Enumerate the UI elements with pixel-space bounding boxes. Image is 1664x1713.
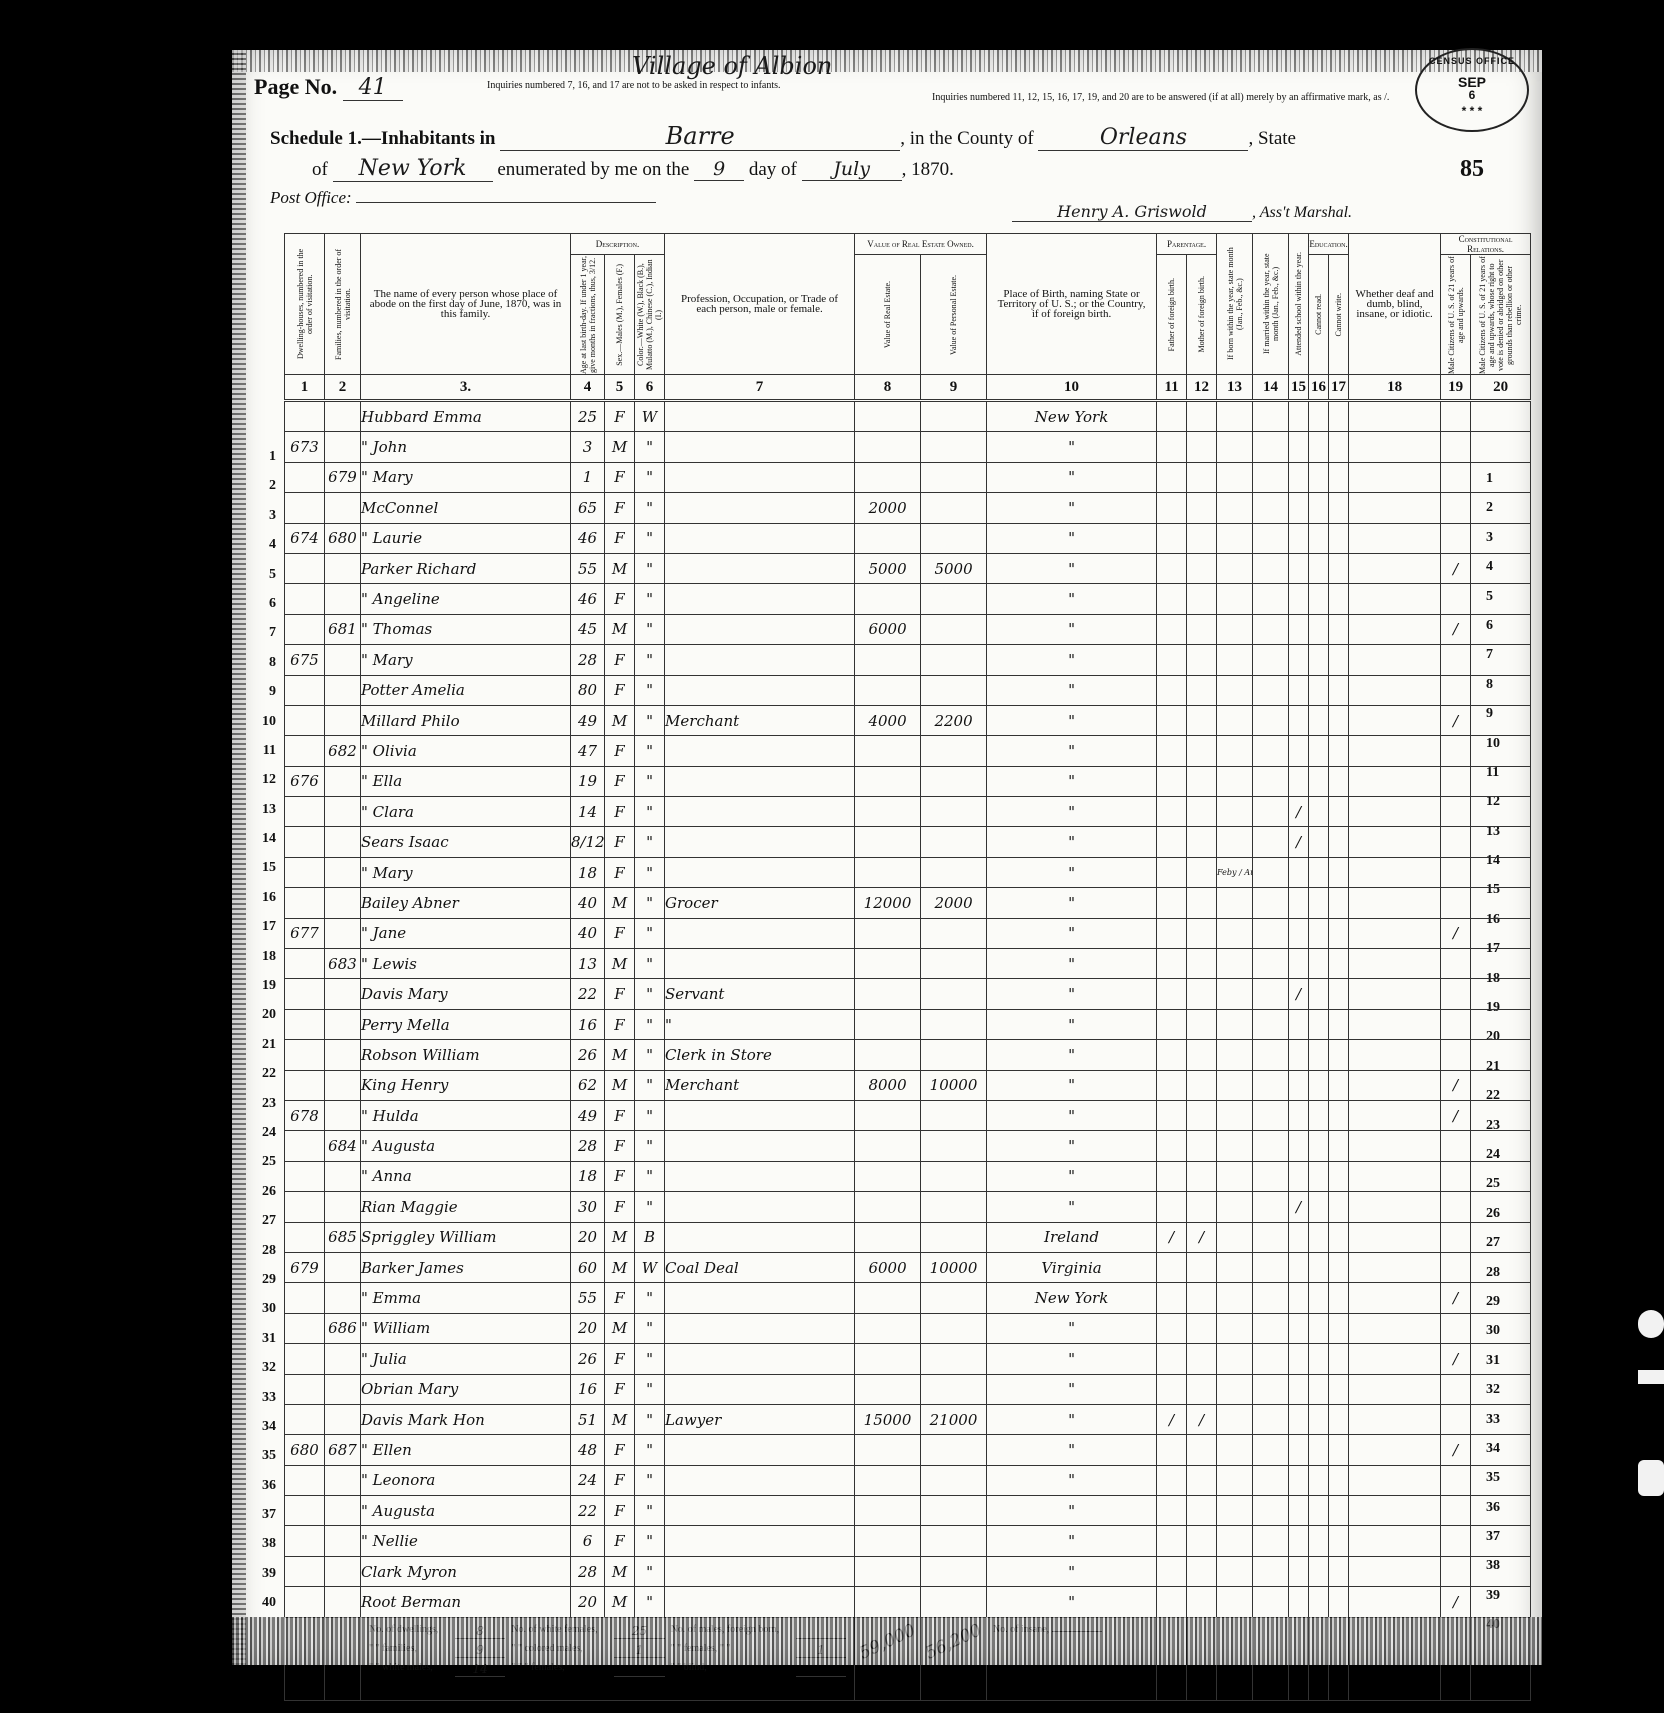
- cell-family: 679: [325, 462, 361, 492]
- cell-personal: [921, 1313, 987, 1343]
- cell-birthplace: ": [987, 493, 1157, 523]
- col-2-header: Families, numbered in the order of visit…: [325, 234, 361, 375]
- cell-occupation: ": [665, 1009, 855, 1039]
- line-number: 29: [232, 1265, 276, 1294]
- cell-name: " Jane: [361, 918, 571, 948]
- cell-empty: [1349, 432, 1441, 462]
- cell-real: [855, 797, 921, 827]
- cell-sex: F: [605, 493, 635, 523]
- cell-c11: [1157, 1587, 1187, 1617]
- cell-color: ": [635, 1040, 665, 1070]
- cell-empty: [1471, 1192, 1531, 1222]
- cell-empty: [1349, 1465, 1441, 1495]
- cell-empty: [1329, 827, 1349, 857]
- film-edge-mark: [1638, 1370, 1664, 1384]
- line-number: 18: [232, 942, 276, 971]
- cell-occupation: [665, 1587, 855, 1617]
- cell-personal: [921, 523, 987, 553]
- cell-personal: [921, 1283, 987, 1313]
- table-row: 677" Jane40F""/: [285, 918, 1531, 948]
- cell-empty: [1471, 1100, 1531, 1130]
- cell-dwelling: [285, 979, 325, 1009]
- cell-real: [855, 1100, 921, 1130]
- cell-empty: [1309, 1556, 1329, 1586]
- col-3-header: The name of every person whose place of …: [361, 234, 571, 375]
- cell-c19: [1441, 523, 1471, 553]
- cell-real: [855, 827, 921, 857]
- cell-occupation: [665, 493, 855, 523]
- cell-personal: [921, 736, 987, 766]
- table-row: McConnel65F"2000": [285, 493, 1531, 523]
- schedule-label: Schedule 1.—Inhabitants in: [270, 128, 495, 149]
- cell-birthplace: ": [987, 462, 1157, 492]
- col-7-header: Profession, Occupation, or Trade of each…: [665, 234, 855, 375]
- cell-empty: [1253, 1587, 1289, 1617]
- cell-birthplace: ": [987, 1131, 1157, 1161]
- cell-age: 6: [571, 1526, 605, 1556]
- cell-c12: [1187, 1040, 1217, 1070]
- cell-family: [325, 1344, 361, 1374]
- cell-c15: /: [1289, 1192, 1309, 1222]
- cell-real: [855, 1435, 921, 1465]
- cell-empty: [1329, 1100, 1349, 1130]
- cell-empty: [1349, 553, 1441, 583]
- cell-empty: [1471, 401, 1531, 432]
- cell-dwelling: [285, 1526, 325, 1556]
- cell-empty: [1253, 1192, 1289, 1222]
- day-value: 9: [694, 158, 744, 181]
- census-rows: Hubbard Emma25FWNew York673" John3M""679…: [285, 401, 1531, 1618]
- cell-empty: [1309, 401, 1329, 432]
- cell-c12: [1187, 1556, 1217, 1586]
- column-number-4: 4: [571, 375, 605, 401]
- cell-occupation: [665, 1131, 855, 1161]
- cell-empty: [1349, 827, 1441, 857]
- cell-family: [325, 705, 361, 735]
- cell-family: 683: [325, 949, 361, 979]
- cell-empty: [1329, 553, 1349, 583]
- cell-empty: [1309, 949, 1329, 979]
- cell-family: [325, 1556, 361, 1586]
- line-number: 35: [232, 1441, 276, 1470]
- cell-c11: [1157, 736, 1187, 766]
- cell-birthplace: ": [987, 645, 1157, 675]
- cell-age: 18: [571, 1161, 605, 1191]
- cell-empty: [1349, 401, 1441, 432]
- cell-birthplace: ": [987, 1192, 1157, 1222]
- cell-real: [855, 432, 921, 462]
- cell-c11: [1157, 432, 1187, 462]
- cell-empty: [1253, 1161, 1289, 1191]
- cell-color: ": [635, 1404, 665, 1434]
- cell-c12: [1187, 1465, 1217, 1495]
- cell-name: " Thomas: [361, 614, 571, 644]
- cell-family: 680: [325, 523, 361, 553]
- line-number: 2: [232, 471, 276, 500]
- cell-occupation: [665, 614, 855, 644]
- marshal-line: Henry A. Griswold, Ass't Marshal.: [1012, 202, 1352, 222]
- cell-c12: [1187, 857, 1217, 887]
- cell-c13: [1217, 827, 1253, 857]
- cell-sex: M: [605, 1252, 635, 1282]
- cell-age: 22: [571, 979, 605, 1009]
- cell-color: ": [635, 736, 665, 766]
- cell-empty: [1309, 1313, 1329, 1343]
- table-row: 679Barker James60MWCoal Deal600010000Vir…: [285, 1252, 1531, 1282]
- cell-empty: [1349, 705, 1441, 735]
- place-value: Barre: [500, 122, 900, 151]
- cell-dwelling: 680: [285, 1435, 325, 1465]
- cell-age: 3: [571, 432, 605, 462]
- cell-empty: [1471, 857, 1531, 887]
- cell-color: W: [635, 401, 665, 432]
- cell-real: 6000: [855, 614, 921, 644]
- table-row: " Emma55F"New York/: [285, 1283, 1531, 1313]
- cell-color: ": [635, 1587, 665, 1617]
- table-row: Davis Mark Hon51M"Lawyer1500021000"//: [285, 1404, 1531, 1434]
- cell-c12: /: [1187, 1404, 1217, 1434]
- cell-occupation: [665, 918, 855, 948]
- cell-c11: [1157, 705, 1187, 735]
- cell-empty: [1471, 1222, 1531, 1252]
- cell-name: Rian Maggie: [361, 1192, 571, 1222]
- scan-noise-top: [232, 50, 1542, 72]
- cell-birthplace: ": [987, 553, 1157, 583]
- cell-occupation: Servant: [665, 979, 855, 1009]
- cell-birthplace: ": [987, 432, 1157, 462]
- cell-color: ": [635, 1283, 665, 1313]
- cell-dwelling: [285, 1222, 325, 1252]
- cell-c11: [1157, 675, 1187, 705]
- cell-c15: [1289, 1283, 1309, 1313]
- line-number: 39: [232, 1559, 276, 1588]
- cell-birthplace: Ireland: [987, 1222, 1157, 1252]
- cell-empty: [1471, 1404, 1531, 1434]
- cell-dwelling: [285, 1496, 325, 1526]
- cell-dwelling: 677: [285, 918, 325, 948]
- cell-name: McConnel: [361, 493, 571, 523]
- cell-personal: [921, 918, 987, 948]
- cell-empty: [1309, 1496, 1329, 1526]
- cell-sex: M: [605, 1070, 635, 1100]
- enumeration-line: of New York enumerated by me on the 9 da…: [312, 156, 954, 182]
- cell-family: [325, 827, 361, 857]
- table-row: Parker Richard55M"50005000"/: [285, 553, 1531, 583]
- cell-birthplace: ": [987, 1465, 1157, 1495]
- cell-birthplace: ": [987, 1100, 1157, 1130]
- cell-family: [325, 401, 361, 432]
- cell-age: 60: [571, 1252, 605, 1282]
- cell-c12: [1187, 553, 1217, 583]
- cell-real: [855, 949, 921, 979]
- cell-empty: [1309, 645, 1329, 675]
- cell-empty: [1309, 857, 1329, 887]
- table-row: " Anna18F"": [285, 1161, 1531, 1191]
- cell-empty: [1309, 432, 1329, 462]
- cell-c13: [1217, 797, 1253, 827]
- cell-c13: [1217, 614, 1253, 644]
- line-number: 8: [232, 648, 276, 677]
- cell-personal: [921, 614, 987, 644]
- cell-sex: F: [605, 1283, 635, 1313]
- cell-c11: /: [1157, 1404, 1187, 1434]
- column-number-11: 11: [1157, 375, 1187, 401]
- cell-empty: [1329, 1009, 1349, 1039]
- cell-sex: F: [605, 1161, 635, 1191]
- cell-personal: [921, 1374, 987, 1404]
- cell-c13: [1217, 1009, 1253, 1039]
- cell-dwelling: [285, 1070, 325, 1100]
- line-number: 7: [232, 618, 276, 647]
- cell-empty: [1253, 1435, 1289, 1465]
- cell-age: 65: [571, 493, 605, 523]
- cell-c15: [1289, 584, 1309, 614]
- cell-c11: [1157, 645, 1187, 675]
- cell-sex: F: [605, 857, 635, 887]
- cell-c15: [1289, 1587, 1309, 1617]
- cell-empty: [1309, 1070, 1329, 1100]
- cell-empty: [1309, 614, 1329, 644]
- cell-dwelling: [285, 1556, 325, 1586]
- cell-c11: [1157, 888, 1187, 918]
- cell-empty: [1471, 705, 1531, 735]
- cell-occupation: [665, 1161, 855, 1191]
- cell-c15: [1289, 1496, 1309, 1526]
- cell-age: 19: [571, 766, 605, 796]
- month-value: July: [802, 158, 902, 181]
- cell-empty: [1329, 949, 1349, 979]
- cell-age: 20: [571, 1222, 605, 1252]
- cell-family: [325, 857, 361, 887]
- cell-color: ": [635, 918, 665, 948]
- census-page: Page No. 41 Inquiries numbered 7, 16, an…: [232, 50, 1542, 1665]
- cell-empty: [1253, 1496, 1289, 1526]
- cell-color: ": [635, 1313, 665, 1343]
- cell-personal: [921, 827, 987, 857]
- cell-c12: [1187, 1435, 1217, 1465]
- cell-c19: [1441, 1496, 1471, 1526]
- cell-c13: [1217, 1040, 1253, 1070]
- cell-family: [325, 918, 361, 948]
- census-office-stamp: CENSUS OFFICE SEP 6 * * *: [1415, 48, 1529, 132]
- cell-empty: [1253, 797, 1289, 827]
- cell-c11: [1157, 949, 1187, 979]
- cell-empty: [1471, 645, 1531, 675]
- cell-personal: [921, 1435, 987, 1465]
- cell-birthplace: ": [987, 1435, 1157, 1465]
- cell-name: " Olivia: [361, 736, 571, 766]
- line-number: 37: [232, 1500, 276, 1529]
- cell-empty: [1329, 918, 1349, 948]
- cell-c15: [1289, 401, 1309, 432]
- cell-personal: [921, 1192, 987, 1222]
- cell-sex: F: [605, 1465, 635, 1495]
- cell-age: 13: [571, 949, 605, 979]
- cell-name: " Nellie: [361, 1526, 571, 1556]
- cell-birthplace: ": [987, 1556, 1157, 1586]
- cell-personal: [921, 949, 987, 979]
- cell-empty: [1471, 1252, 1531, 1282]
- county-value: Orleans: [1038, 125, 1248, 151]
- cell-c12: [1187, 736, 1217, 766]
- cell-family: [325, 797, 361, 827]
- table-row: Clark Myron28M"": [285, 1556, 1531, 1586]
- cell-color: ": [635, 1344, 665, 1374]
- cell-sex: F: [605, 462, 635, 492]
- cell-empty: [1329, 645, 1349, 675]
- cell-empty: [1309, 979, 1329, 1009]
- cell-empty: [1329, 705, 1349, 735]
- cell-c15: [1289, 675, 1309, 705]
- cell-personal: [921, 1587, 987, 1617]
- cell-sex: M: [605, 705, 635, 735]
- cell-c11: [1157, 401, 1187, 432]
- cell-c11: [1157, 1009, 1187, 1039]
- cell-age: 28: [571, 1131, 605, 1161]
- table-row: 685Spriggley William20MBIreland//: [285, 1222, 1531, 1252]
- line-number: 24: [232, 1118, 276, 1147]
- cell-empty: [1329, 1161, 1349, 1191]
- cell-c15: [1289, 1222, 1309, 1252]
- cell-c13: [1217, 523, 1253, 553]
- cell-empty: [1309, 1192, 1329, 1222]
- table-row: Root Berman20M""/: [285, 1587, 1531, 1617]
- cell-sex: M: [605, 949, 635, 979]
- cell-family: 682: [325, 736, 361, 766]
- cell-sex: M: [605, 432, 635, 462]
- col-18-header: Whether deaf and dumb, blind, insane, or…: [1349, 234, 1441, 375]
- cell-family: [325, 1404, 361, 1434]
- cell-real: [855, 1283, 921, 1313]
- cell-personal: [921, 979, 987, 1009]
- cell-empty: [1329, 979, 1349, 1009]
- cell-c12: [1187, 523, 1217, 553]
- table-row: 683" Lewis13M"": [285, 949, 1531, 979]
- cell-empty: [1329, 523, 1349, 553]
- cell-real: [855, 523, 921, 553]
- cell-c11: [1157, 1040, 1187, 1070]
- cell-name: Hubbard Emma: [361, 401, 571, 432]
- cell-dwelling: [285, 827, 325, 857]
- cell-family: [325, 432, 361, 462]
- cell-empty: [1349, 1222, 1441, 1252]
- cell-empty: [1309, 523, 1329, 553]
- cell-c11: [1157, 1435, 1187, 1465]
- cell-age: 30: [571, 1192, 605, 1222]
- cell-color: ": [635, 1496, 665, 1526]
- cell-empty: [1309, 675, 1329, 705]
- cell-age: 46: [571, 523, 605, 553]
- cell-c13: [1217, 766, 1253, 796]
- cell-name: " Lewis: [361, 949, 571, 979]
- cell-age: 45: [571, 614, 605, 644]
- cell-empty: [1309, 1222, 1329, 1252]
- col-17-header: Cannot write.: [1329, 255, 1349, 375]
- cell-name: Millard Philo: [361, 705, 571, 735]
- cell-c11: [1157, 493, 1187, 523]
- parentage-group: Parentage.: [1157, 234, 1217, 255]
- cell-c12: [1187, 462, 1217, 492]
- cell-occupation: [665, 584, 855, 614]
- col-12-header: Mother of foreign birth.: [1187, 255, 1217, 375]
- cell-color: W: [635, 1252, 665, 1282]
- cell-empty: [1253, 1100, 1289, 1130]
- cell-empty: [1349, 1252, 1441, 1282]
- table-row: Obrian Mary16F"": [285, 1374, 1531, 1404]
- table-row: 686" William20M"": [285, 1313, 1531, 1343]
- cell-name: Davis Mark Hon: [361, 1404, 571, 1434]
- cell-empty: [1349, 1131, 1441, 1161]
- cell-empty: [1309, 1587, 1329, 1617]
- cell-empty: [1471, 1526, 1531, 1556]
- cell-name: " Leonora: [361, 1465, 571, 1495]
- cell-name: " Augusta: [361, 1131, 571, 1161]
- cell-c12: [1187, 645, 1217, 675]
- cell-c15: [1289, 1404, 1309, 1434]
- cell-color: ": [635, 493, 665, 523]
- cell-empty: [1329, 766, 1349, 796]
- cell-sex: M: [605, 1313, 635, 1343]
- cell-personal: [921, 1161, 987, 1191]
- cell-c12: [1187, 1587, 1217, 1617]
- cell-real: [855, 1040, 921, 1070]
- cell-age: 28: [571, 645, 605, 675]
- cell-age: 49: [571, 1100, 605, 1130]
- cell-c19: [1441, 1252, 1471, 1282]
- cell-empty: [1309, 493, 1329, 523]
- cell-dwelling: [285, 797, 325, 827]
- cell-empty: [1329, 1040, 1349, 1070]
- cell-color: ": [635, 1009, 665, 1039]
- cell-color: ": [635, 675, 665, 705]
- cell-empty: [1471, 462, 1531, 492]
- cell-empty: [1309, 1252, 1329, 1282]
- line-number: 12: [232, 765, 276, 794]
- cell-real: [855, 918, 921, 948]
- cell-occupation: [665, 1192, 855, 1222]
- cell-birthplace: ": [987, 1587, 1157, 1617]
- cell-sex: F: [605, 1526, 635, 1556]
- cell-real: 6000: [855, 1252, 921, 1282]
- cell-c15: [1289, 614, 1309, 644]
- cell-empty: [1471, 523, 1531, 553]
- cell-c15: [1289, 432, 1309, 462]
- cell-color: ": [635, 462, 665, 492]
- cell-dwelling: 676: [285, 766, 325, 796]
- line-number: 30: [232, 1294, 276, 1323]
- cell-family: [325, 1252, 361, 1282]
- cell-family: [325, 1009, 361, 1039]
- cell-dwelling: [285, 1344, 325, 1374]
- cell-empty: [1309, 1404, 1329, 1434]
- cell-c11: [1157, 1344, 1187, 1374]
- cell-empty: [1329, 401, 1349, 432]
- cell-occupation: [665, 736, 855, 766]
- cell-c15: [1289, 1100, 1309, 1130]
- cell-color: ": [635, 432, 665, 462]
- cell-c13: [1217, 1161, 1253, 1191]
- cell-c15: [1289, 493, 1309, 523]
- table-row: 684" Augusta28F"": [285, 1131, 1531, 1161]
- cell-sex: F: [605, 523, 635, 553]
- cell-dwelling: [285, 736, 325, 766]
- cell-personal: [921, 1556, 987, 1586]
- cell-personal: [921, 1040, 987, 1070]
- line-number: 25: [232, 1147, 276, 1176]
- cell-personal: [921, 1009, 987, 1039]
- cell-dwelling: [285, 705, 325, 735]
- line-number: 32: [232, 1353, 276, 1382]
